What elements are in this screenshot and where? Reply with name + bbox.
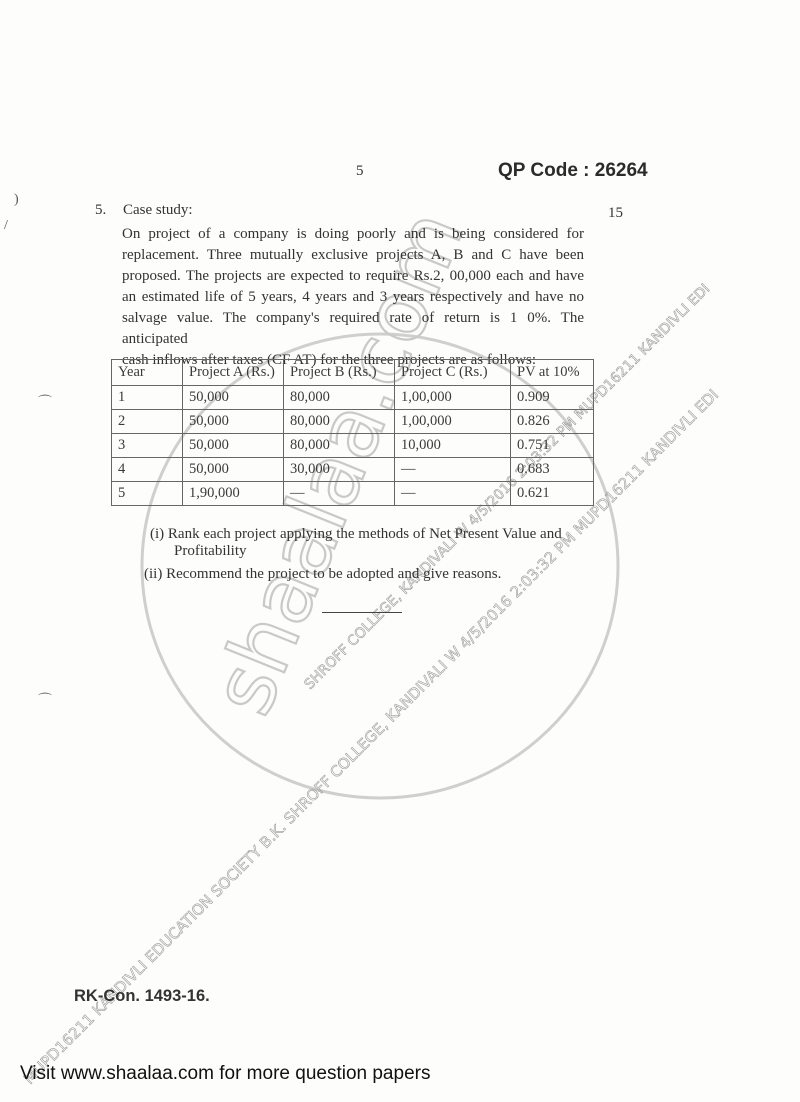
- table-cell: 0.621: [511, 482, 594, 506]
- table-row: 150,00080,0001,00,0000.909: [112, 386, 594, 410]
- table-cell: —: [284, 482, 395, 506]
- subquestion-1-continued: Profitability: [174, 543, 247, 560]
- table-row: 51,90,000——0.621: [112, 482, 594, 506]
- table-cell: 0.683: [511, 458, 594, 482]
- question-marks: 15: [608, 205, 623, 222]
- table-cell: —: [395, 482, 511, 506]
- case-study-paragraph: On project of a company is doing poorly …: [122, 224, 584, 371]
- table-cell: 50,000: [183, 458, 284, 482]
- column-header: Project B (Rs.): [284, 360, 395, 386]
- paragraph-line: an estimated life of 5 years, 4 years an…: [122, 287, 584, 308]
- table-cell: 1,00,000: [395, 410, 511, 434]
- table-cell: 0.826: [511, 410, 594, 434]
- table-cell: 0.751: [511, 434, 594, 458]
- table-cell: 50,000: [183, 410, 284, 434]
- table-cell: 10,000: [395, 434, 511, 458]
- end-of-paper-rule: [322, 612, 402, 613]
- paragraph-line: proposed. The projects are expected to r…: [122, 266, 584, 287]
- question-title: Case study:: [123, 202, 193, 219]
- scan-mark-icon: ): [14, 192, 19, 208]
- qp-code: QP Code : 26264: [498, 160, 648, 182]
- paragraph-line: replacement. Three mutually exclusive pr…: [122, 245, 584, 266]
- table-row: 350,00080,00010,0000.751: [112, 434, 594, 458]
- subquestion-text: Rank each project applying the methods o…: [168, 526, 562, 542]
- subquestion-text: Recommend the project to be adopted and …: [166, 566, 501, 582]
- table-row: 450,00030,000—0.683: [112, 458, 594, 482]
- table-cell: —: [395, 458, 511, 482]
- table-cell: 0.909: [511, 386, 594, 410]
- cash-inflow-table: Year Project A (Rs.) Project B (Rs.) Pro…: [111, 359, 594, 506]
- table-cell: 50,000: [183, 434, 284, 458]
- column-header: Year: [112, 360, 183, 386]
- watermark: shaalaa.com MUPD16211 KANDIVLI EDUCATION…: [0, 0, 800, 1102]
- table-cell: 80,000: [284, 386, 395, 410]
- table-cell: 5: [112, 482, 183, 506]
- paragraph-line: On project of a company is doing poorly …: [122, 224, 584, 245]
- subquestion-2: (ii) Recommend the project to be adopted…: [144, 566, 501, 583]
- column-header: Project A (Rs.): [183, 360, 284, 386]
- table-header-row: Year Project A (Rs.) Project B (Rs.) Pro…: [112, 360, 594, 386]
- column-header: PV at 10%: [511, 360, 594, 386]
- visit-banner: Visit www.shaalaa.com for more question …: [20, 1063, 430, 1085]
- question-number: 5.: [95, 202, 106, 219]
- column-header: Project C (Rs.): [395, 360, 511, 386]
- table-cell: 4: [112, 458, 183, 482]
- table-cell: 1,90,000: [183, 482, 284, 506]
- paragraph-line: salvage value. The company's required ra…: [122, 308, 584, 350]
- table-cell: 1,00,000: [395, 386, 511, 410]
- table-cell: 2: [112, 410, 183, 434]
- scan-mark-icon: /: [4, 218, 8, 234]
- subquestion-label: (ii): [144, 566, 162, 582]
- table-cell: 30,000: [284, 458, 395, 482]
- reference-code: RK-Con. 1493-16.: [74, 987, 210, 1006]
- subquestion-1: (i) Rank each project applying the metho…: [150, 526, 562, 543]
- page-number: 5: [356, 163, 364, 180]
- subquestion-label: (i): [150, 526, 164, 542]
- table-row: 250,00080,0001,00,0000.826: [112, 410, 594, 434]
- table-cell: 80,000: [284, 434, 395, 458]
- table-cell: 80,000: [284, 410, 395, 434]
- table-cell: 1: [112, 386, 183, 410]
- hole-punch-mark-icon: ⌒: [38, 392, 52, 412]
- hole-punch-mark-icon: ⌒: [38, 690, 52, 710]
- table-cell: 3: [112, 434, 183, 458]
- table-cell: 50,000: [183, 386, 284, 410]
